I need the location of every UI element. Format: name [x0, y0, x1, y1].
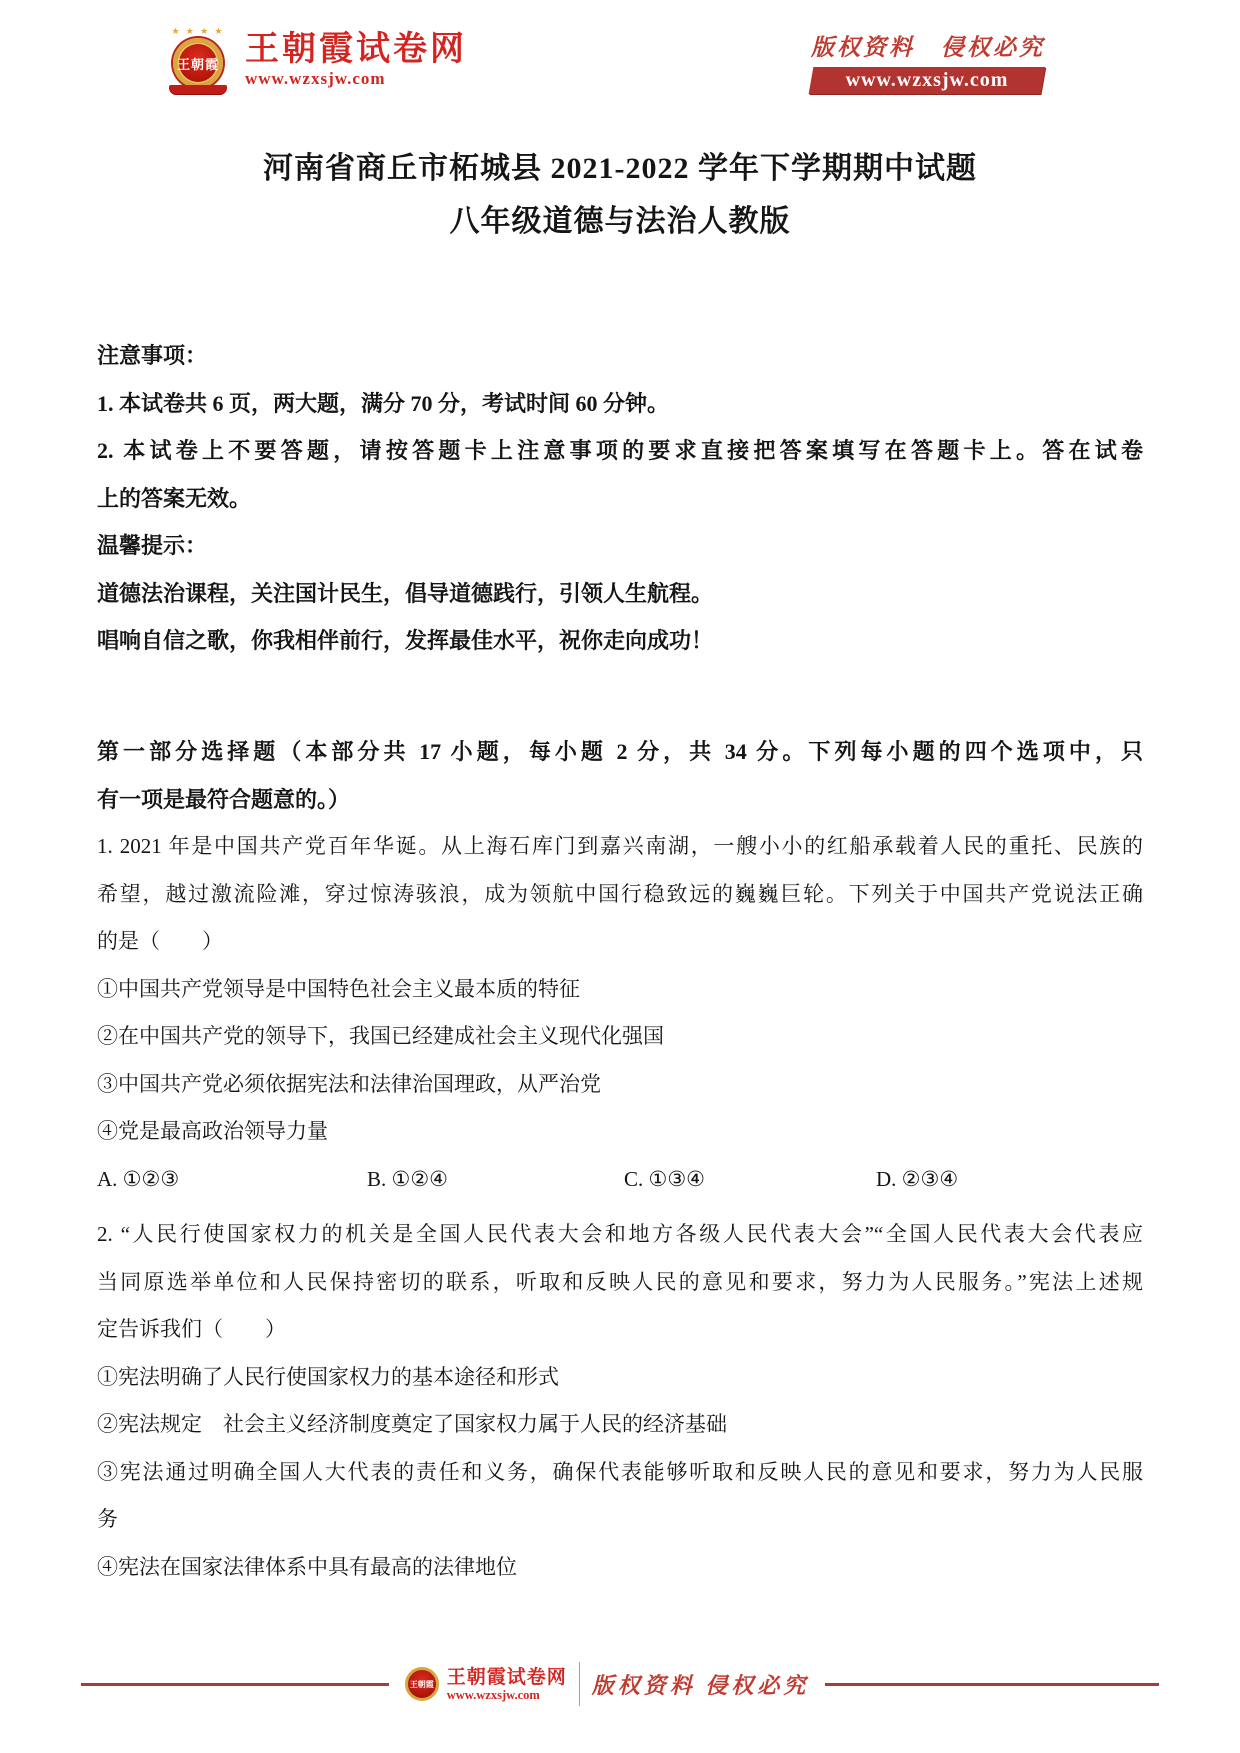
footer-seal-text: 王朝霞	[410, 1679, 434, 1690]
footer-rule-right	[825, 1683, 1159, 1686]
notice-heading: 注意事项：	[97, 332, 1143, 380]
footer-logo: 王朝霞 王朝霞试卷网 www.wzxsjw.com	[405, 1667, 567, 1702]
notice-item-1: 1. 本试卷共 6 页，两大题，满分 70 分，考试时间 60 分钟。	[97, 380, 1143, 428]
document-title: 河南省商丘市柘城县 2021-2022 学年下学期期中试题 八年级道德与法治人教…	[97, 142, 1143, 248]
seal-text: 王朝霞	[177, 54, 219, 73]
notice-section: 注意事项： 1. 本试卷共 6 页，两大题，满分 70 分，考试时间 60 分钟…	[97, 332, 1143, 665]
header-right: 版权资料 侵权必究 www.wzxsjw.com	[811, 34, 1043, 94]
seal-ribbon-icon	[169, 85, 227, 94]
seal-stars-icon: ★ ★ ★ ★ ★	[165, 26, 231, 38]
footer-slogan: 版权资料 侵权必究	[592, 1669, 810, 1700]
footer-brand-name: 王朝霞试卷网	[447, 1667, 567, 1688]
title-line-2: 八年级道德与法治人教版	[97, 195, 1143, 248]
q1-stem-line-2: 希望，越过激流险滩，穿过惊涛骇浪，成为领航中国行稳致远的巍巍巨轮。下列关于中国共…	[97, 871, 1143, 919]
section-heading: 第一部分选择题（本部分共 17 小题，每小题 2 分，共 34 分。下列每小题的…	[97, 728, 1143, 823]
brand-text: 王朝霞试卷网 www.wzxsjw.com	[245, 31, 467, 89]
brand-url: www.wzxsjw.com	[245, 69, 467, 89]
url-banner-text: www.wzxsjw.com	[819, 69, 1035, 92]
title-line-1: 河南省商丘市柘城县 2021-2022 学年下学期期中试题	[97, 142, 1143, 195]
q2-item-2: ②宪法规定 社会主义经济制度奠定了国家权力属于人民的经济基础	[97, 1401, 1143, 1449]
section-heading-line-2: 有一项是最符合题意的。）	[97, 776, 1143, 824]
section-heading-line-1: 第一部分选择题（本部分共 17 小题，每小题 2 分，共 34 分。下列每小题的…	[97, 728, 1143, 776]
question-2: 2. “人民行使国家权力的机关是全国人民代表大会和地方各级人民代表大会”“全国人…	[97, 1211, 1143, 1591]
tip-line-1: 道德法治课程，关注国计民生，倡导道德践行，引领人生航程。	[97, 570, 1143, 618]
q1-stem-line-1: 1. 2021 年是中国共产党百年华诞。从上海石库门到嘉兴南湖，一艘小小的红船承…	[97, 823, 1143, 871]
copyright-slogan: 版权资料 侵权必究	[811, 34, 1043, 62]
page-footer: 王朝霞 王朝霞试卷网 www.wzxsjw.com 版权资料 侵权必究	[0, 1662, 1240, 1706]
q2-item-3-line-1: ③宪法通过明确全国人大代表的责任和义务，确保代表能够听取和反映人民的意见和要求，…	[97, 1449, 1143, 1497]
q2-stem-line-3: 定告诉我们（ ）	[97, 1306, 1143, 1354]
q2-item-3-line-2: 务	[97, 1496, 1143, 1544]
footer-brand-url: www.wzxsjw.com	[447, 1688, 567, 1702]
q1-option-b: B. ①②④	[367, 1156, 448, 1204]
q1-item-3: ③中国共产党必须依据宪法和法律治国理政，从严治党	[97, 1061, 1143, 1109]
q1-option-a: A. ①②③	[97, 1156, 179, 1204]
q1-option-d: D. ②③④	[876, 1156, 958, 1204]
footer-seal-icon: 王朝霞	[405, 1667, 439, 1701]
notice-item-2-line-2: 上的答案无效。	[97, 475, 1143, 523]
q1-options-row: A. ①②③ B. ①②④ C. ①③④ D. ②③④	[97, 1156, 1143, 1204]
q2-item-1: ①宪法明确了人民行使国家权力的基本途径和形式	[97, 1354, 1143, 1402]
q1-item-1: ①中国共产党领导是中国特色社会主义最本质的特征	[97, 966, 1143, 1014]
q1-stem-line-3: 的是（ ）	[97, 918, 1143, 966]
brand-logo: ★ ★ ★ ★ ★ 王朝霞 王朝霞试卷网 www.wzxsjw.com	[165, 26, 467, 94]
q1-option-c: C. ①③④	[624, 1156, 705, 1204]
url-banner: www.wzxsjw.com	[809, 67, 1046, 94]
brand-seal-icon: ★ ★ ★ ★ ★ 王朝霞	[165, 26, 231, 94]
brand-name: 王朝霞试卷网	[245, 31, 467, 69]
tip-line-2: 唱响自信之歌，你我相伴前行，发挥最佳水平，祝你走向成功！	[97, 617, 1143, 665]
notice-item-2-line-1: 2. 本试卷上不要答题，请按答题卡上注意事项的要求直接把答案填写在答题卡上。答在…	[97, 427, 1143, 475]
q1-item-2: ②在中国共产党的领导下，我国已经建成社会主义现代化强国	[97, 1013, 1143, 1061]
footer-rule-left	[81, 1683, 389, 1686]
q1-item-4: ④党是最高政治领导力量	[97, 1108, 1143, 1156]
q2-stem-line-1: 2. “人民行使国家权力的机关是全国人民代表大会和地方各级人民代表大会”“全国人…	[97, 1211, 1143, 1259]
exam-paper-page: ★ ★ ★ ★ ★ 王朝霞 王朝霞试卷网 www.wzxsjw.com 版权资料…	[0, 0, 1240, 1753]
footer-brand-text: 王朝霞试卷网 www.wzxsjw.com	[447, 1667, 567, 1702]
q2-stem-line-2: 当同原选举单位和人民保持密切的联系，听取和反映人民的意见和要求，努力为人民服务。…	[97, 1259, 1143, 1307]
question-1: 1. 2021 年是中国共产党百年华诞。从上海石库门到嘉兴南湖，一艘小小的红船承…	[97, 823, 1143, 1203]
q2-item-4: ④宪法在国家法律体系中具有最高的法律地位	[97, 1544, 1143, 1592]
tip-heading: 温馨提示：	[97, 522, 1143, 570]
footer-divider	[579, 1662, 580, 1706]
